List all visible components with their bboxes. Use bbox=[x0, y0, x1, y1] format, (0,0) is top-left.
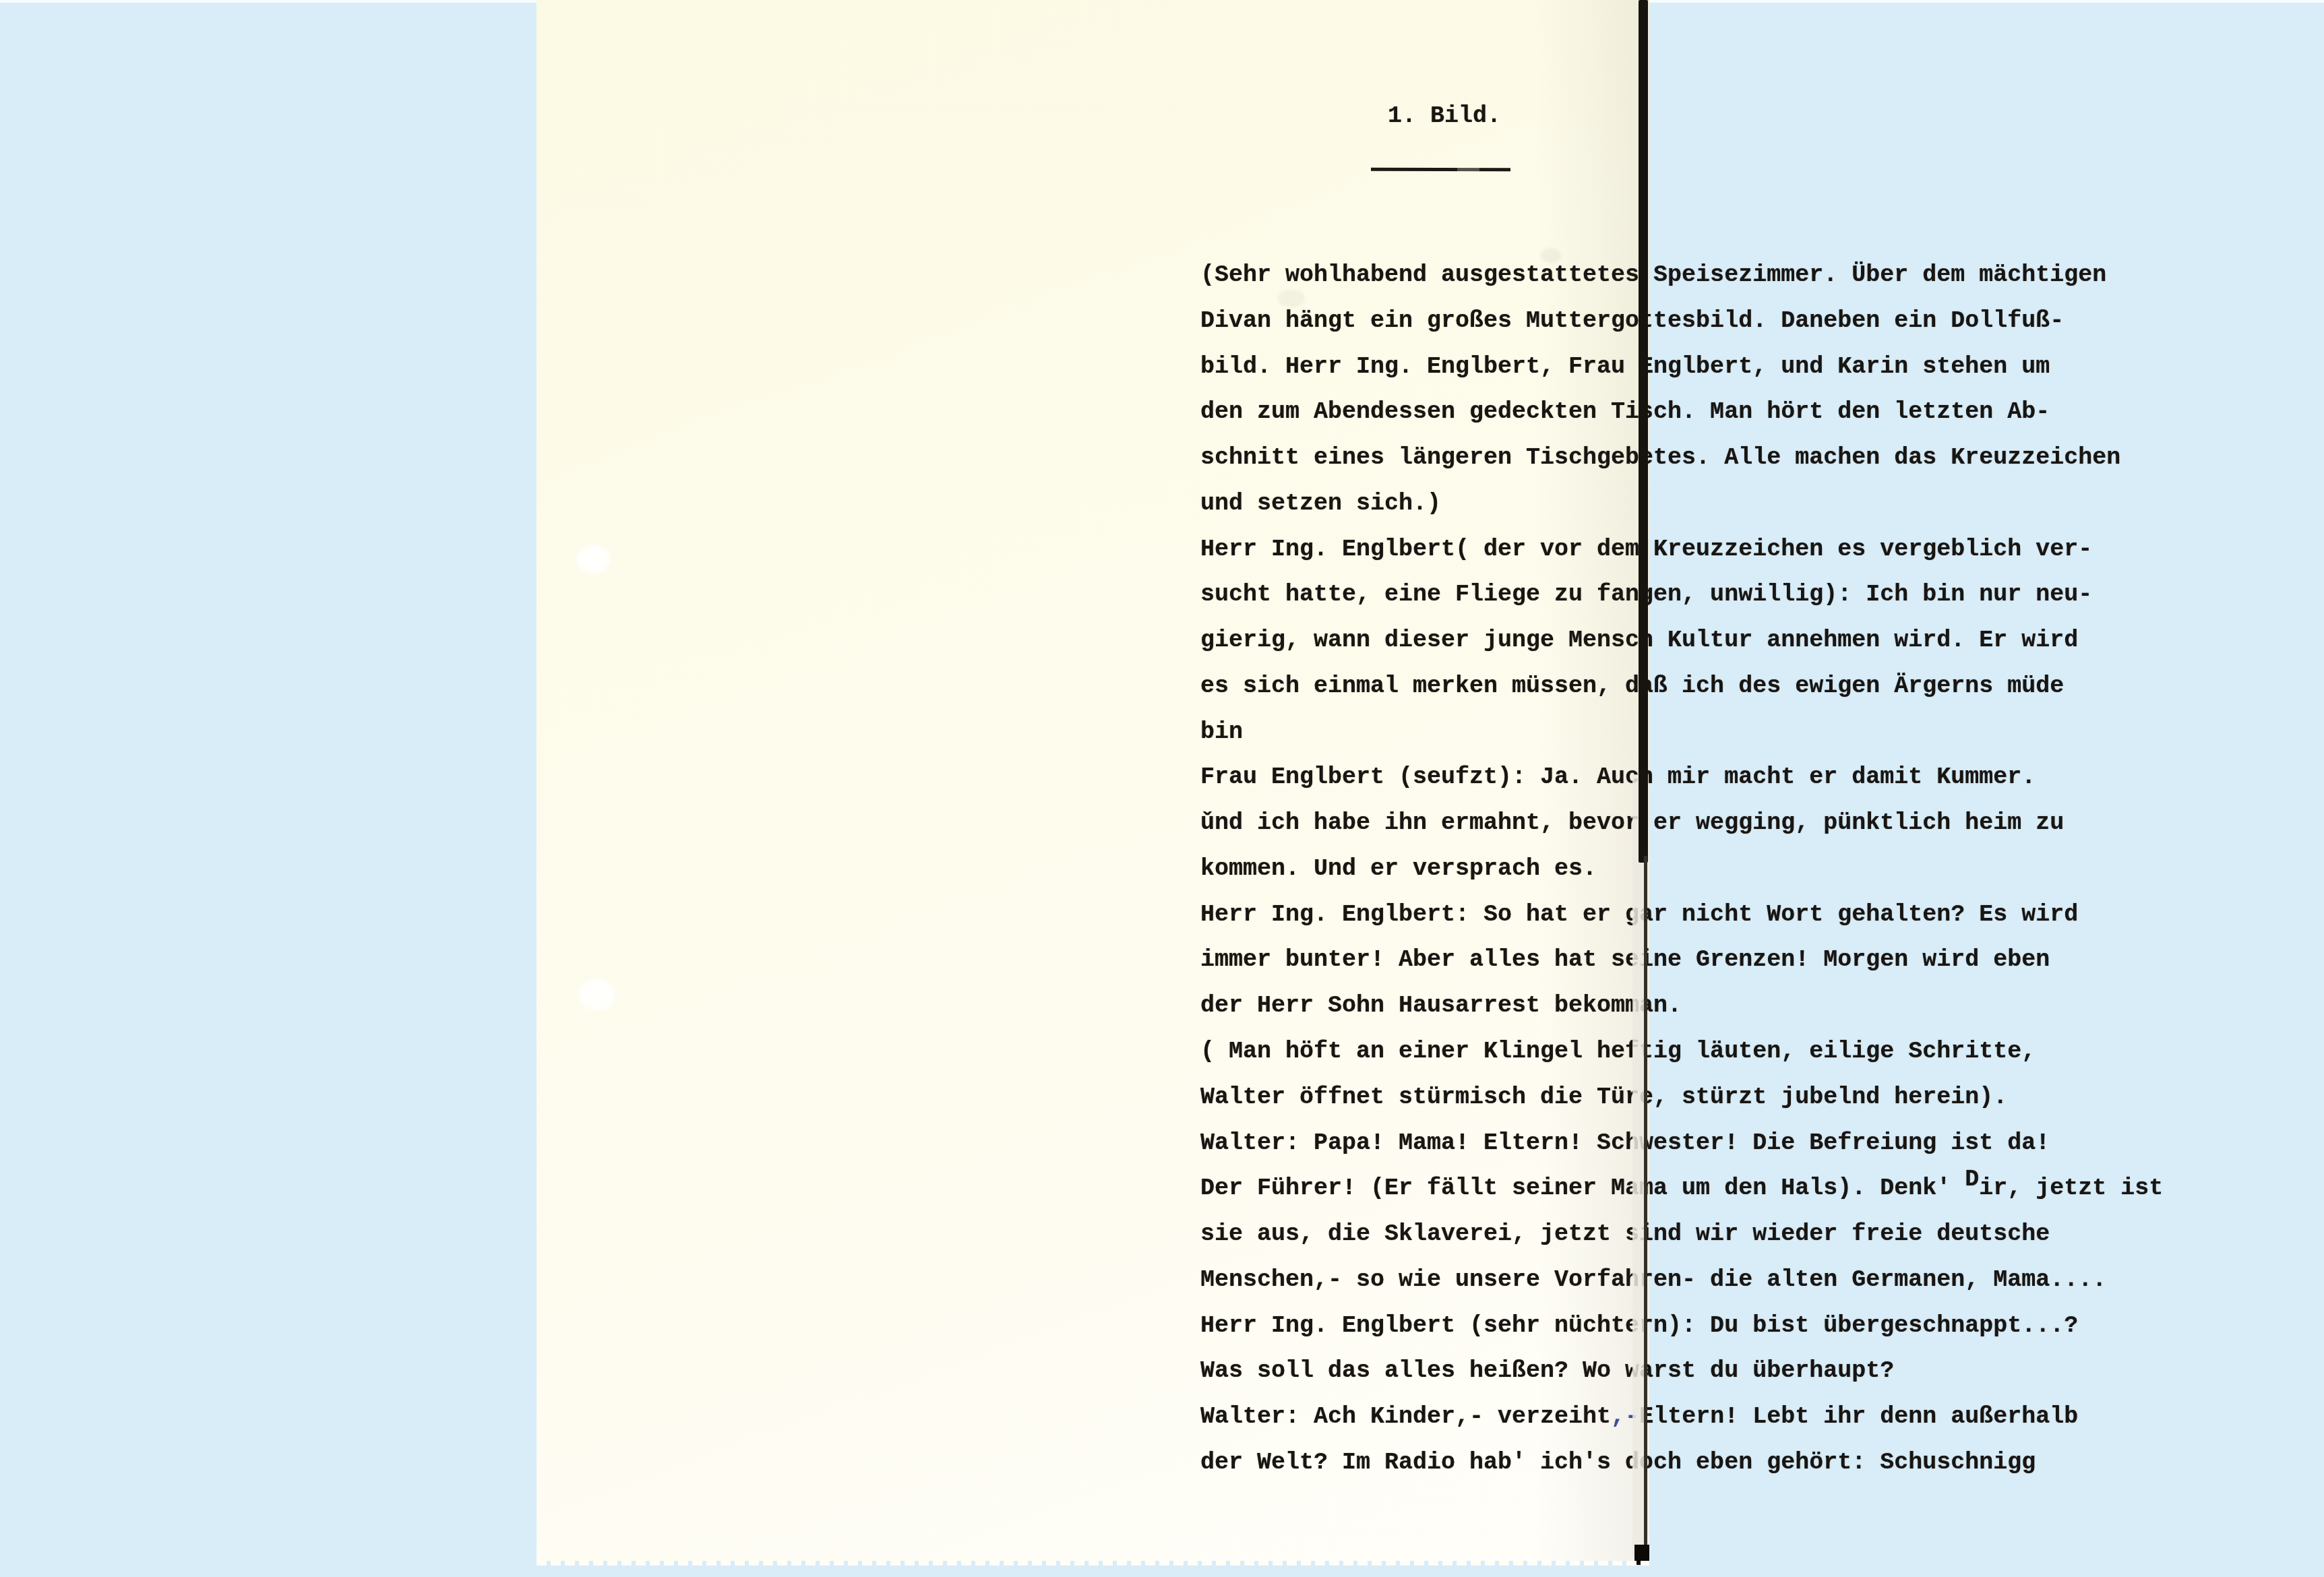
text-line: Der Führer! (Er fällt seiner Mama um den… bbox=[1200, 1166, 2184, 1212]
text-line: Divan hängt ein großes Muttergottesbild.… bbox=[1200, 299, 2184, 344]
text-line: Herr Ing. Englbert: So hat er gar nicht … bbox=[1200, 892, 2184, 938]
text-line: Frau Englbert (seufzt): Ja. Auch mir mac… bbox=[1200, 755, 2184, 801]
text-line: es sich einmal merken müssen, daß ich de… bbox=[1200, 664, 2184, 710]
text-line: immer bunter! Aber alles hat seine Grenz… bbox=[1200, 937, 2184, 983]
text-line: sie aus, die Sklaverei, jetzt sind wir w… bbox=[1200, 1212, 2184, 1258]
scene-heading: 1. Bild. bbox=[1388, 100, 1501, 132]
text-line: schnitt eines längeren Tischgebetes. All… bbox=[1200, 435, 2184, 481]
text-line: bild. Herr Ing. Englbert, Frau Englbert,… bbox=[1200, 344, 2184, 390]
text-line: und setzen sich.) bbox=[1200, 481, 2184, 527]
text-line: der Herr Sohn Hausarrest bekomman. bbox=[1200, 983, 2184, 1029]
text-line: (Sehr wohlhabend ausgestattetes Speisezi… bbox=[1200, 253, 2184, 299]
typescript-text: (Sehr wohlhabend ausgestattetes Speisezi… bbox=[1200, 253, 2184, 1486]
text-line: bin bbox=[1200, 710, 2184, 755]
text-line: der Welt? Im Radio hab' ich's doch eben … bbox=[1200, 1440, 2184, 1486]
paper-smudge bbox=[576, 545, 611, 574]
page-edge-highlight bbox=[1632, 775, 1645, 1557]
superscript-char: D bbox=[1965, 1166, 1979, 1193]
paper-smudge bbox=[578, 979, 615, 1011]
scanned-page: 1. Bild. (Sehr wohlhabend ausgestattetes… bbox=[537, 0, 1649, 1561]
text-line: Herr Ing. Englbert( der vor dem Kreuzzei… bbox=[1200, 527, 2184, 573]
text-line: gierig, wann dieser junge Mensch Kultur … bbox=[1200, 618, 2184, 664]
scene-heading-underline bbox=[1371, 168, 1510, 172]
text-line: Menschen,- so wie unsere Vorfahren- die … bbox=[1200, 1258, 2184, 1303]
text-line: ( Man höft an einer Klingel heftig läute… bbox=[1200, 1029, 2184, 1075]
scan-spine-shadow-top bbox=[1639, 0, 1648, 863]
text-line: sucht hatte, eine Fliege zu fangen, unwi… bbox=[1200, 572, 2184, 618]
text-line: Walter öffnet stürmisch die Türe, stürzt… bbox=[1200, 1075, 2184, 1121]
text-line: Herr Ing. Englbert (sehr nüchtern): Du b… bbox=[1200, 1303, 2184, 1349]
text-line: Walter: Papa! Mama! Eltern! Schwester! D… bbox=[1200, 1121, 2184, 1167]
text-line: Was soll das alles heißen? Wo warst du ü… bbox=[1200, 1349, 2184, 1394]
text-line: ǔnd ich habe ihn ermahnt, bevor er weggi… bbox=[1200, 801, 2184, 846]
scanned-document-view: 1. Bild. (Sehr wohlhabend ausgestattetes… bbox=[0, 0, 2324, 1577]
scan-spine-blob bbox=[1634, 1545, 1649, 1565]
scan-spine-shadow-bottom bbox=[1644, 856, 1647, 1561]
text-line: kommen. Und er versprach es. bbox=[1200, 846, 2184, 892]
text-line: den zum Abendessen gedeckten Tisch. Man … bbox=[1200, 390, 2184, 435]
text-line: Walter: Ach Kinder,- verzeiht,-Eltern! L… bbox=[1200, 1394, 2184, 1440]
